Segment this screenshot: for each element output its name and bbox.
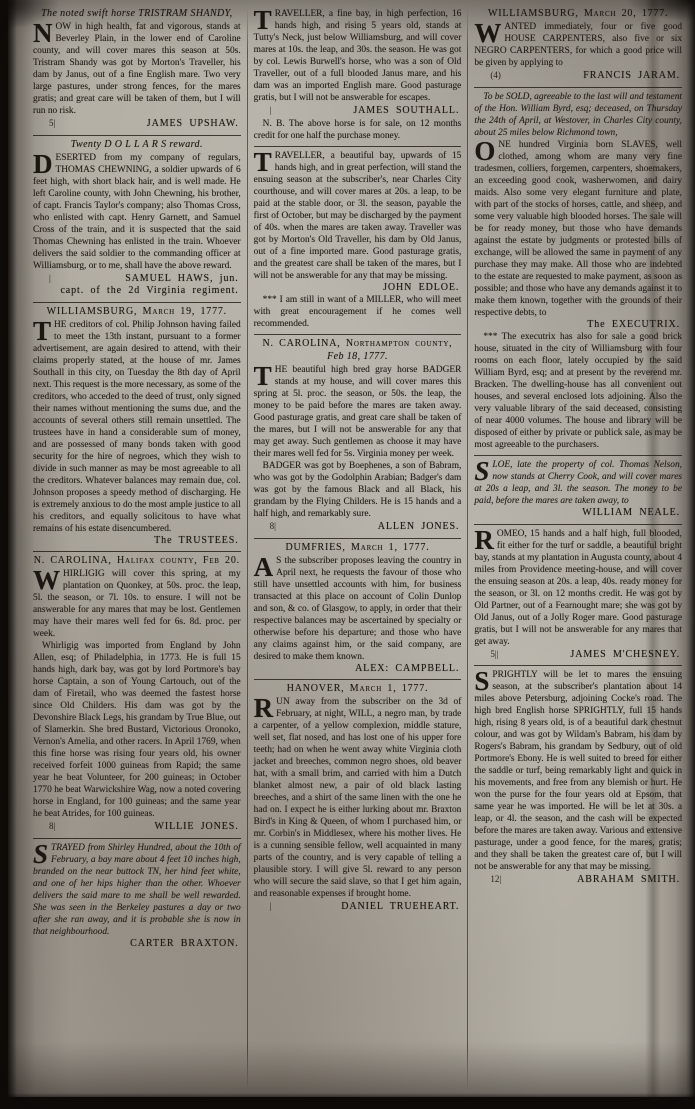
signature-name: JAMES M'CHESNEY.: [570, 649, 680, 662]
photo-edge-left: [0, 0, 17, 1109]
photo-corner-top-left: [0, 0, 60, 30]
paragraph-text: HE creditors of col. Philip Johnson havi…: [33, 320, 241, 534]
column-3: WILLIAMSBURG, March 20, 1777.WANTED imme…: [469, 8, 687, 1091]
signature-name: DANIEL TRUEHEART.: [341, 901, 459, 914]
paragraph-text: ANTED immediately, four or five good HOU…: [474, 22, 682, 68]
paragraph-text: LOE, late the property of col. Thomas Ne…: [474, 460, 682, 506]
signature-name: JAMES UPSHAW.: [147, 118, 239, 131]
ad-paragraph: ONE hundred Virginia born SLAVES, well c…: [474, 139, 682, 319]
ad-signature: The EXECUTRIX.: [474, 319, 682, 332]
ad-paragraph: THE beautiful high bred gray horse BADGE…: [254, 364, 462, 460]
ad-sloe: SLOE, late the property of col. Thomas N…: [474, 455, 682, 520]
signature-name: ALLEN JONES.: [378, 521, 460, 534]
drop-cap: S: [474, 459, 492, 482]
ad-romeo: ROMEO, 15 hands and a half high, full bl…: [474, 524, 682, 662]
drop-cap: R: [254, 696, 277, 719]
paragraph-text: HIRLIGIG will cover this spring, at my p…: [33, 569, 241, 639]
drop-cap: T: [254, 364, 275, 387]
ad-paragraph: AS the subscriber proposes leaving the c…: [254, 555, 462, 663]
ad-paragraph: WHIRLIGIG will cover this spring, at my …: [33, 568, 241, 640]
ad-signature: capt. of the 2d Virginia regiment.: [33, 285, 241, 298]
ad-paragraph: NOW in high health, fat and vigorous, st…: [33, 21, 241, 117]
signature-name: capt. of the 2d Virginia regiment.: [60, 285, 238, 298]
photo-corner-top-right: [625, 0, 695, 22]
ad-paragraph: BADGER was got by Boephenes, a son of Ba…: [254, 460, 462, 520]
ad-paragraph: SLOE, late the property of col. Thomas N…: [474, 459, 682, 507]
signature-mark: |: [270, 900, 272, 913]
newspaper-page: { "page": { "kind": "colonial newspaper …: [0, 0, 695, 1109]
photo-edge-bottom: [0, 1093, 695, 1109]
ad-header: DUMFRIES, March 1, 1777.: [254, 542, 462, 554]
signature-mark: 8|: [49, 820, 55, 833]
drop-cap: A: [254, 555, 277, 578]
ad-paragraph: STRAYED from Shirley Hundred, about the …: [33, 842, 241, 938]
ad-paragraph: TRAVELLER, a fine bay, in high perfectio…: [254, 8, 462, 104]
ad-signature: WILLIAM NEALE.: [474, 507, 682, 520]
drop-cap: T: [254, 150, 275, 173]
ad-campbell-accounts: DUMFRIES, March 1, 1777.AS the subscribe…: [254, 538, 462, 676]
ad-header: N. CAROLINA, Northampton county,: [254, 338, 462, 350]
paragraph-text: OMEO, 15 hands and a half high, full blo…: [474, 529, 682, 647]
ad-paragraph: To be SOLD, agreeable to the last will a…: [474, 91, 682, 139]
signature-name: The TRUSTEES.: [154, 535, 239, 548]
ad-signature: 8|WILLIE JONES.: [33, 820, 241, 834]
drop-cap: S: [474, 669, 492, 692]
ad-signature: 5||JAMES M'CHESNEY.: [474, 648, 682, 662]
drop-cap: O: [474, 139, 498, 162]
ad-runaway-will: HANOVER, March 1, 1777.RUN away from the…: [254, 679, 462, 914]
signature-name: JOHN EDLOE.: [383, 282, 459, 295]
column-divider-2: [467, 8, 468, 1091]
signature-mark: (4): [490, 69, 501, 82]
paragraph-text: RAVELLER, a beautiful bay, upwards of 15…: [254, 151, 462, 281]
ad-byrd-estate-sale: To be SOLD, agreeable to the last will a…: [474, 87, 682, 452]
ad-paragraph: DESERTED from my company of regulars, TH…: [33, 152, 241, 272]
signature-mark: |: [49, 272, 51, 285]
ad-paragraph: ROMEO, 15 hands and a half high, full bl…: [474, 528, 682, 648]
drop-cap: R: [474, 528, 497, 551]
paragraph-text: UN away from the subscriber on the 3d of…: [254, 697, 462, 899]
ad-whirligig: N. CAROLINA, Halifax county, Feb 20.WHIR…: [33, 551, 241, 834]
ad-header: Twenty D O L L A R S reward.: [33, 139, 241, 151]
signature-name: FRANCIS JARAM.: [583, 70, 680, 83]
signature-mark: 12|: [490, 873, 501, 886]
paragraph-text: TRAYED from Shirley Hundred, about the 1…: [33, 843, 241, 937]
signature-mark: |: [270, 104, 272, 117]
paragraph-text: HE beautiful high bred gray horse BADGER…: [254, 365, 462, 459]
ad-deserted-chewning: Twenty D O L L A R S reward.DESERTED fro…: [33, 135, 241, 298]
ad-header: WILLIAMSBURG, March 19, 1777.: [33, 306, 241, 318]
ad-signature: 12|ABRAHAM SMITH.: [474, 873, 682, 887]
paragraph-text: PRIGHTLY will be let to mares the ensuin…: [474, 670, 682, 872]
ad-header: N. CAROLINA, Halifax county, Feb 20.: [33, 555, 241, 567]
paragraph-text: S the subscriber proposes leaving the co…: [254, 556, 462, 662]
signature-name: WILLIAM NEALE.: [582, 507, 680, 520]
ad-signature: 8|ALLEN JONES.: [254, 520, 462, 534]
signature-mark: 8|: [270, 520, 276, 533]
signature-name: CARTER BRAXTON.: [130, 938, 239, 951]
ad-traveller-edloe: TRAVELLER, a beautiful bay, upwards of 1…: [254, 146, 462, 331]
drop-cap: T: [33, 319, 54, 342]
drop-cap: T: [254, 8, 275, 31]
signature-name: WILLIE JONES.: [155, 821, 239, 834]
ad-signature: (4)FRANCIS JARAM.: [474, 69, 682, 83]
ad-paragraph: *** The executrix has also for sale a go…: [474, 331, 682, 451]
paragraph-text: NE hundred Virginia born SLAVES, well cl…: [474, 140, 682, 318]
paragraph-text: ESERTED from my company of regulars, THO…: [33, 153, 241, 271]
ad-badger: N. CAROLINA, Northampton county,Feb 18, …: [254, 334, 462, 534]
ad-tristram-shandy: The noted swift horse TRISTRAM SHANDY,NO…: [33, 8, 241, 131]
ad-paragraph: THE creditors of col. Philip Johnson hav…: [33, 319, 241, 535]
ad-paragraph: RUN away from the subscriber on the 3d o…: [254, 696, 462, 900]
ad-strayed-mare: STRAYED from Shirley Hundred, about the …: [33, 838, 241, 951]
signature-mark: 5||: [490, 648, 498, 661]
ad-paragraph: N. B. The above horse is for sale, on 12…: [254, 118, 462, 142]
signature-name: ALEX: CAMPBELL.: [355, 663, 459, 676]
photo-edge-right: [686, 0, 695, 1109]
ad-sprightly: SPRIGHTLY will be let to mares the ensui…: [474, 665, 682, 887]
ad-header: The noted swift horse TRISTRAM SHANDY,: [33, 8, 241, 20]
column-divider-1: [247, 8, 248, 1091]
ad-header: Feb 18, 1777.: [254, 351, 462, 363]
drop-cap: W: [474, 21, 504, 44]
ad-signature: JOHN EDLOE.: [254, 282, 462, 295]
ad-traveller-southall: TRAVELLER, a fine bay, in high perfectio…: [254, 8, 462, 142]
drop-cap: S: [33, 842, 51, 865]
column-1: The noted swift horse TRISTRAM SHANDY,NO…: [28, 8, 246, 1091]
ad-paragraph: *** I am still in want of a MILLER, who …: [254, 294, 462, 330]
drop-cap: W: [33, 568, 63, 591]
ad-paragraph: WANTED immediately, four or five good HO…: [474, 21, 682, 69]
page-content: The noted swift horse TRISTRAM SHANDY,NO…: [8, 0, 695, 1097]
ad-signature: ALEX: CAMPBELL.: [254, 663, 462, 676]
signature-name: SAMUEL HAWS, jun.: [125, 273, 238, 286]
ad-paragraph: TRAVELLER, a beautiful bay, upwards of 1…: [254, 150, 462, 282]
paragraph-text: RAVELLER, a fine bay, in high perfection…: [254, 9, 462, 103]
ad-signature: |JAMES SOUTHALL.: [254, 104, 462, 118]
ad-signature: |SAMUEL HAWS, jun.: [33, 272, 241, 286]
paragraph-text: OW in high health, fat and vigorous, sta…: [33, 22, 241, 116]
signature-name: The EXECUTRIX.: [587, 319, 680, 332]
ad-paragraph: Whirligig was imported from England by J…: [33, 640, 241, 820]
drop-cap: D: [33, 152, 56, 175]
column-2: TRAVELLER, a fine bay, in high perfectio…: [249, 8, 467, 1091]
ad-signature: 5|JAMES UPSHAW.: [33, 117, 241, 131]
ad-header: HANOVER, March 1, 1777.: [254, 683, 462, 695]
signature-name: JAMES SOUTHALL.: [353, 105, 459, 118]
signature-name: ABRAHAM SMITH.: [577, 874, 680, 887]
ad-creditors-johnson: WILLIAMSBURG, March 19, 1777.THE credito…: [33, 302, 241, 548]
signature-mark: 5|: [49, 117, 55, 130]
ad-signature: The TRUSTEES.: [33, 535, 241, 548]
ad-signature: |DANIEL TRUEHEART.: [254, 900, 462, 914]
ad-paragraph: SPRIGHTLY will be let to mares the ensui…: [474, 669, 682, 873]
ad-signature: CARTER BRAXTON.: [33, 938, 241, 951]
